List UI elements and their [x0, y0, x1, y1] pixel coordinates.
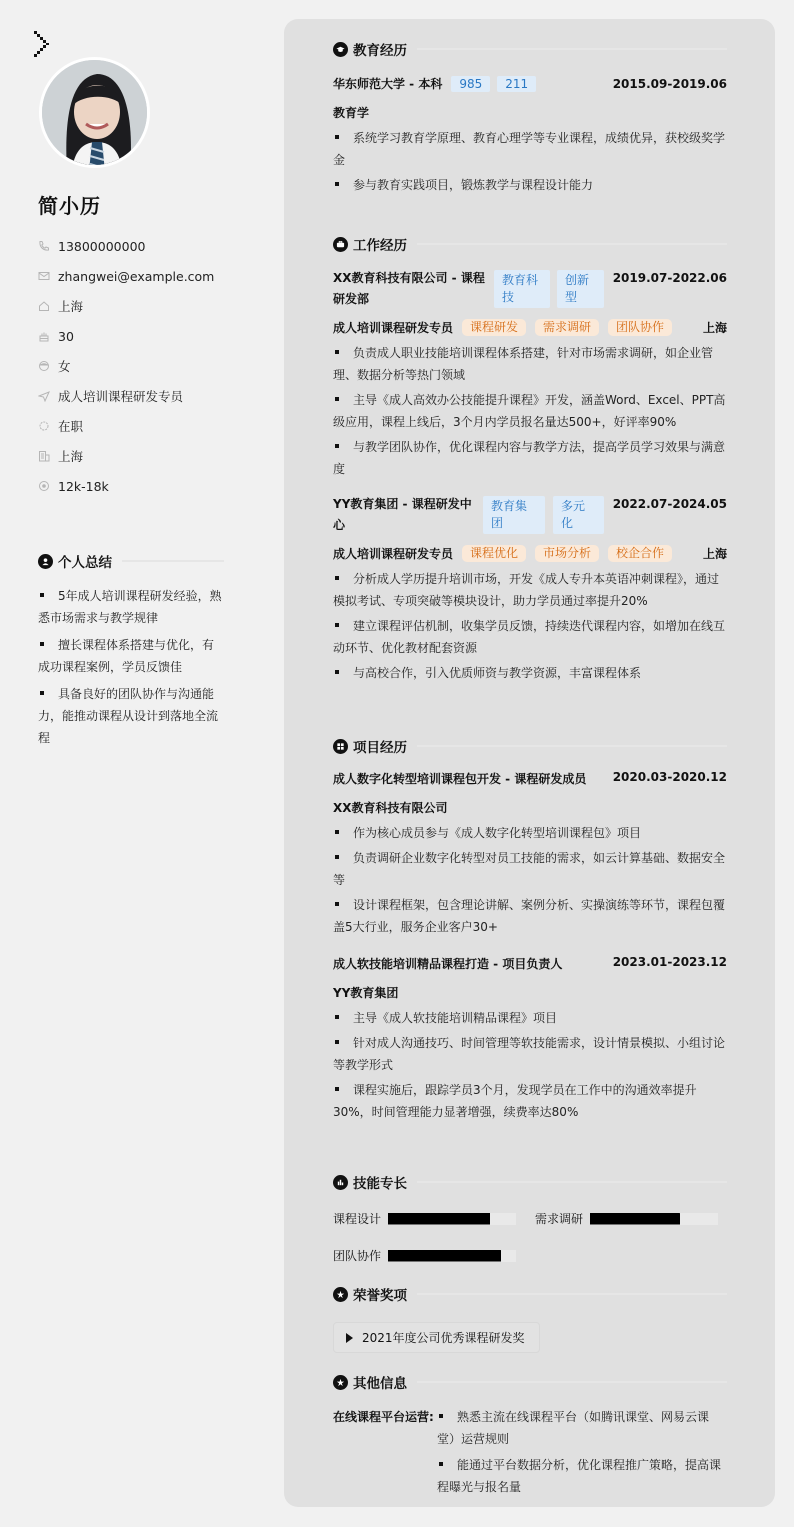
- work-item: 与高校合作，引入优质师资与教学资源，丰富课程体系: [333, 662, 727, 684]
- projects-title: 项目经历: [333, 736, 727, 756]
- divider: [417, 1293, 727, 1295]
- school-name: 华东师范大学 - 本科: [333, 76, 442, 92]
- resume-main-panel: 教育经历 华东师范大学 - 本科 985 211 2015.09-2019.06…: [284, 19, 775, 1507]
- work-entry: XX教育科技有限公司 - 课程研发部 教育科技 创新型 2019.07-2022…: [333, 268, 727, 480]
- project-header: 成人软技能培训精品课程打造 - 项目负责人 2023.01-2023.12: [333, 955, 727, 972]
- project-item: 针对成人沟通技巧、时间管理等软技能需求，设计情景模拟、小组讨论等教学形式: [333, 1032, 727, 1076]
- project-item: 课程实施后，跟踪学员3个月，发现学员在工作中的沟通效率提升30%，时间管理能力显…: [333, 1079, 727, 1123]
- divider: [122, 560, 224, 562]
- briefcase-icon: [333, 237, 348, 252]
- major: 教育学: [333, 104, 727, 121]
- status-icon: [38, 420, 50, 432]
- education-entry-header: 华东师范大学 - 本科 985 211 2015.09-2019.06: [333, 76, 727, 92]
- avatar: [39, 57, 150, 168]
- contact-age: 30: [38, 321, 258, 351]
- projects-section: 项目经历 成人数字化转型培训课程包开发 - 课程研发成员 2020.03-202…: [333, 736, 727, 1123]
- work-item: 与教学团队协作，优化课程内容与教学方法，提高学员学习效果与满意度: [333, 436, 727, 480]
- email-icon: [38, 270, 50, 282]
- award-icon: [333, 1287, 348, 1302]
- profile-sidebar: 简小历 13800000000 zhangwei@example.com 上海 …: [0, 0, 270, 1527]
- work-item: 负责成人职业技能培训课程体系搭建，针对市场需求调研，如企业管理、数据分析等热门领…: [333, 342, 727, 386]
- skill-tag: 课程优化: [462, 545, 526, 562]
- work-item: 主导《成人高效办公技能提升课程》开发，涵盖Word、Excel、PPT高级应用，…: [333, 389, 727, 433]
- work-date: 2022.07-2024.05: [613, 494, 727, 515]
- bar-chart-icon: [333, 1175, 348, 1190]
- contact-city: 上海: [38, 441, 258, 471]
- tag-company-type: 教育集团: [483, 496, 545, 534]
- skill-tag: 团队协作: [608, 319, 672, 336]
- summary-item: 5年成人培训课程研发经验，熟悉市场需求与教学规律: [38, 585, 224, 629]
- skill-bar: [590, 1213, 718, 1225]
- work-entry-header: XX教育科技有限公司 - 课程研发部 教育科技 创新型 2019.07-2022…: [333, 268, 727, 310]
- awards-section: 荣誉奖项 2021年度公司优秀课程研发奖: [333, 1284, 727, 1353]
- work-title: 工作经历: [333, 234, 727, 254]
- skill-tag: 校企合作: [608, 545, 672, 562]
- contact-salary: 12k-18k: [38, 471, 258, 501]
- summary-item: 具备良好的团队协作与沟通能力，能推动课程从设计到落地全流程: [38, 683, 224, 749]
- other-label: 在线课程平台运营:: [333, 1406, 437, 1502]
- grid-icon: [333, 739, 348, 754]
- project-entry: 成人数字化转型培训课程包开发 - 课程研发成员 2020.03-2020.12 …: [333, 770, 727, 938]
- skills-section: 技能专长 课程设计 需求调研 团队协作: [333, 1172, 727, 1264]
- project-date: 2023.01-2023.12: [613, 955, 727, 969]
- education-date: 2015.09-2019.06: [613, 76, 727, 92]
- tag-company-trait: 多元化: [553, 496, 604, 534]
- project-org: XX教育科技有限公司: [333, 799, 727, 816]
- project-item: 主导《成人软技能培训精品课程》项目: [333, 1007, 727, 1029]
- work-item: 建立课程评估机制，收集学员反馈，持续迭代课程内容，如增加在线互动环节、优化教材配…: [333, 615, 727, 659]
- contact-status: 在职: [38, 411, 258, 441]
- project-org: YY教育集团: [333, 984, 727, 1001]
- work-date: 2019.07-2022.06: [613, 268, 727, 289]
- role-title: 成人培训课程研发专员: [333, 319, 453, 336]
- salary-icon: [38, 480, 50, 492]
- work-location: 上海: [703, 545, 727, 562]
- other-detail: 熟悉主流在线课程平台（如腾讯课堂、网易云课堂）运营规则: [437, 1406, 727, 1450]
- divider: [417, 1381, 727, 1383]
- education-item: 系统学习教育学原理、教育心理学等专业课程，成绩优异，获校级奖学金: [333, 127, 727, 171]
- other-title: 其他信息: [333, 1372, 727, 1392]
- graduation-cap-icon: [333, 42, 348, 57]
- send-icon: [38, 390, 50, 402]
- skill-item: 团队协作: [333, 1247, 516, 1264]
- phone-icon: [38, 240, 50, 252]
- user-circle-icon: [38, 554, 53, 569]
- education-section: 教育经历 华东师范大学 - 本科 985 211 2015.09-2019.06…: [333, 39, 727, 196]
- project-name: 成人软技能培训精品课程打造 - 项目负责人: [333, 955, 562, 972]
- other-detail: 能通过平台数据分析，优化课程推广策略，提高课程曝光与报名量: [437, 1454, 727, 1498]
- age-icon: [38, 330, 50, 342]
- company-name: XX教育科技有限公司 - 课程研发部: [333, 268, 488, 310]
- project-header: 成人数字化转型培训课程包开发 - 课程研发成员 2020.03-2020.12: [333, 770, 727, 787]
- skill-item: 需求调研: [535, 1210, 718, 1227]
- contact-home: 上海: [38, 291, 258, 321]
- home-icon: [38, 300, 50, 312]
- role-title: 成人培训课程研发专员: [333, 545, 453, 562]
- company-name: YY教育集团 - 课程研发中心: [333, 494, 478, 536]
- tag-211: 211: [497, 76, 536, 92]
- project-item: 作为核心成员参与《成人数字化转型培训课程包》项目: [333, 822, 727, 844]
- divider: [417, 1181, 727, 1183]
- divider: [417, 48, 727, 50]
- skill-tag: 市场分析: [535, 545, 599, 562]
- project-item: 设计课程框架，包含理论讲解、案例分析、实操演练等环节，课程包覆盖5大行业，服务企…: [333, 894, 727, 938]
- skill-tag: 课程研发: [462, 319, 526, 336]
- education-item: 参与教育实践项目，锻炼教学与课程设计能力: [333, 174, 727, 196]
- divider: [417, 745, 727, 747]
- summary-item: 擅长课程体系搭建与优化，有成功课程案例，学员反馈佳: [38, 634, 224, 678]
- tag-company-trait: 创新型: [557, 270, 604, 308]
- skill-item: 课程设计: [333, 1210, 535, 1227]
- building-icon: [38, 450, 50, 462]
- profile-name: 简小历: [38, 190, 101, 219]
- contact-job-target: 成人培训课程研发专员: [38, 381, 258, 411]
- info-star-icon: [333, 1375, 348, 1390]
- summary-section: 个人总结 5年成人培训课程研发经验，熟悉市场需求与教学规律 擅长课程体系搭建与优…: [38, 551, 224, 754]
- project-date: 2020.03-2020.12: [613, 770, 727, 784]
- other-item: 在线课程平台运营: 熟悉主流在线课程平台（如腾讯课堂、网易云课堂）运营规则 能通…: [333, 1406, 727, 1502]
- work-role-row: 成人培训课程研发专员 课程研发 需求调研 团队协作 上海: [333, 319, 727, 336]
- contact-info-list: 13800000000 zhangwei@example.com 上海 30 女…: [38, 231, 258, 501]
- tag-985: 985: [451, 76, 490, 92]
- divider: [417, 243, 727, 245]
- award-item[interactable]: 2021年度公司优秀课程研发奖: [333, 1322, 540, 1353]
- chevron-right-logo-icon: [33, 30, 51, 58]
- other-section: 其他信息 在线课程平台运营: 熟悉主流在线课程平台（如腾讯课堂、网易云课堂）运营…: [333, 1372, 727, 1502]
- work-location: 上海: [703, 319, 727, 336]
- skill-bar: [388, 1250, 516, 1262]
- work-entry: YY教育集团 - 课程研发中心 教育集团 多元化 2022.07-2024.05…: [333, 494, 727, 684]
- contact-gender: 女: [38, 351, 258, 381]
- summary-title: 个人总结: [38, 551, 224, 571]
- work-entry-header: YY教育集团 - 课程研发中心 教育集团 多元化 2022.07-2024.05: [333, 494, 727, 536]
- work-role-row: 成人培训课程研发专员 课程优化 市场分析 校企合作 上海: [333, 545, 727, 562]
- project-entry: 成人软技能培训精品课程打造 - 项目负责人 2023.01-2023.12 YY…: [333, 955, 727, 1123]
- work-item: 分析成人学历提升培训市场，开发《成人专升本英语冲刺课程》，通过模拟考试、专项突破…: [333, 568, 727, 612]
- skill-tag: 需求调研: [535, 319, 599, 336]
- contact-phone: 13800000000: [38, 231, 258, 261]
- skill-bar: [388, 1213, 516, 1225]
- work-section: 工作经历 XX教育科技有限公司 - 课程研发部 教育科技 创新型 2019.07…: [333, 234, 727, 684]
- awards-title: 荣誉奖项: [333, 1284, 727, 1304]
- education-title: 教育经历: [333, 39, 727, 59]
- project-item: 负责调研企业数字化转型对员工技能的需求，如云计算基础、数据安全等: [333, 847, 727, 891]
- project-name: 成人数字化转型培训课程包开发 - 课程研发成员: [333, 770, 586, 787]
- gender-icon: [38, 360, 50, 372]
- contact-email: zhangwei@example.com: [38, 261, 258, 291]
- skills-title: 技能专长: [333, 1172, 727, 1192]
- tag-company-type: 教育科技: [494, 270, 550, 308]
- triangle-right-icon: [346, 1333, 353, 1343]
